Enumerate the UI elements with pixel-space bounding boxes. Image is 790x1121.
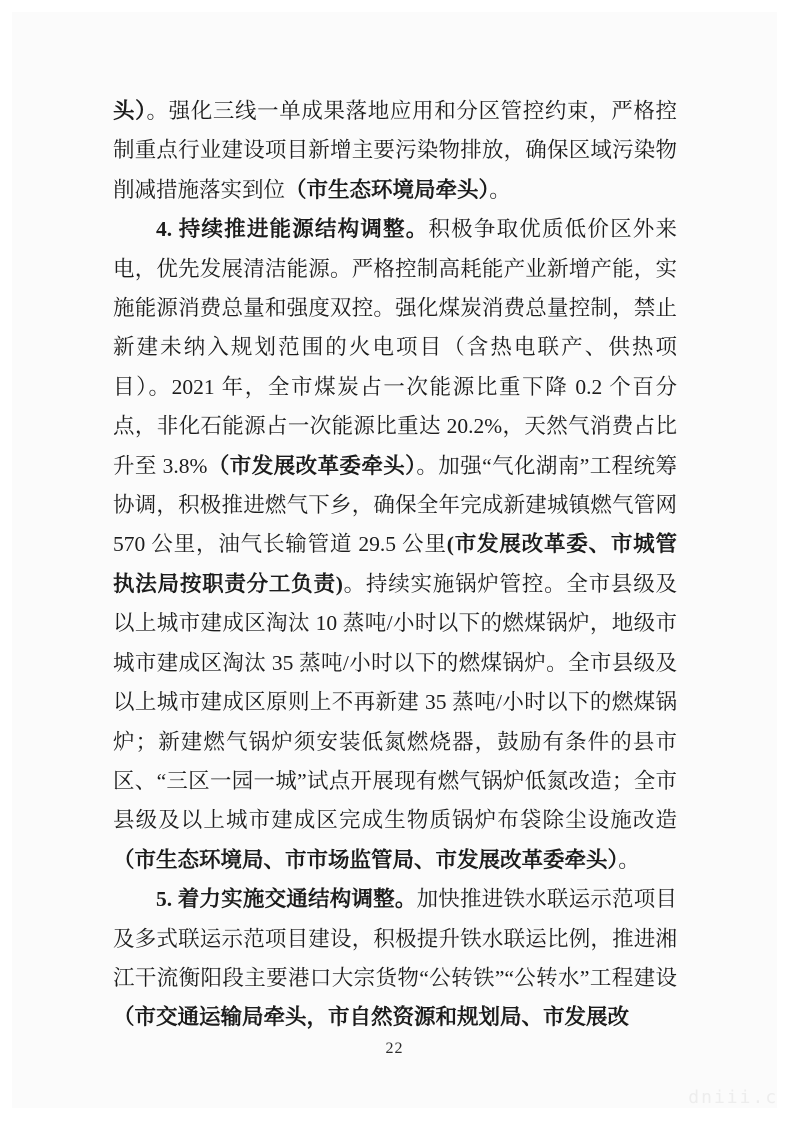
responsible-unit-annotation: （市生态环境局牵头） [285,178,489,202]
responsible-unit-annotation: （市发展改革委牵头） [207,454,416,478]
text-run: 头） [113,99,147,123]
document-page: 头）。强化三线一单成果落地应用和分区管控约束，严格控制重点行业建设项目新增主要污… [12,12,777,1108]
paragraph-continuation: 头）。强化三线一单成果落地应用和分区管控约束，严格控制重点行业建设项目新增主要污… [113,92,677,210]
paragraph-item-4: 4. 持续推进能源结构调整。积极争取优质低价区外来电，优先发展清洁能源。严格控制… [113,210,677,880]
watermark: dniii.co [688,1087,777,1108]
paragraph-item-5: 5. 着力实施交通结构调整。加快推进铁水联运示范项目及多式联运示范项目建设，积极… [113,880,677,1038]
text-run: 积极争取优质低价区外来电，优先发展清洁能源。严格控制高耗能产业新增产能，实施能源… [113,217,677,477]
text-run: 。 [618,848,640,872]
document-viewer: 头）。强化三线一单成果落地应用和分区管控约束，严格控制重点行业建设项目新增主要污… [0,0,790,1121]
item-heading: 4. 持续推进能源结构调整。 [156,217,428,241]
text-run: 。持续实施锅炉管控。全市县级及以上城市建成区淘汰 10 蒸吨/小时以下的燃煤锅炉… [113,572,677,832]
responsible-unit-annotation: （市生态环境局、市市场监管局、市发展改革委牵头） [113,848,618,872]
page-number: 22 [12,1040,777,1058]
text-run: 。 [489,178,511,202]
item-heading: 5. 着力实施交通结构调整。 [156,887,417,911]
responsible-unit-annotation: （市交通运输局牵头，市自然资源和规划局、市发展改 [113,1005,629,1029]
document-body: 头）。强化三线一单成果落地应用和分区管控约束，严格控制重点行业建设项目新增主要污… [113,92,677,1038]
